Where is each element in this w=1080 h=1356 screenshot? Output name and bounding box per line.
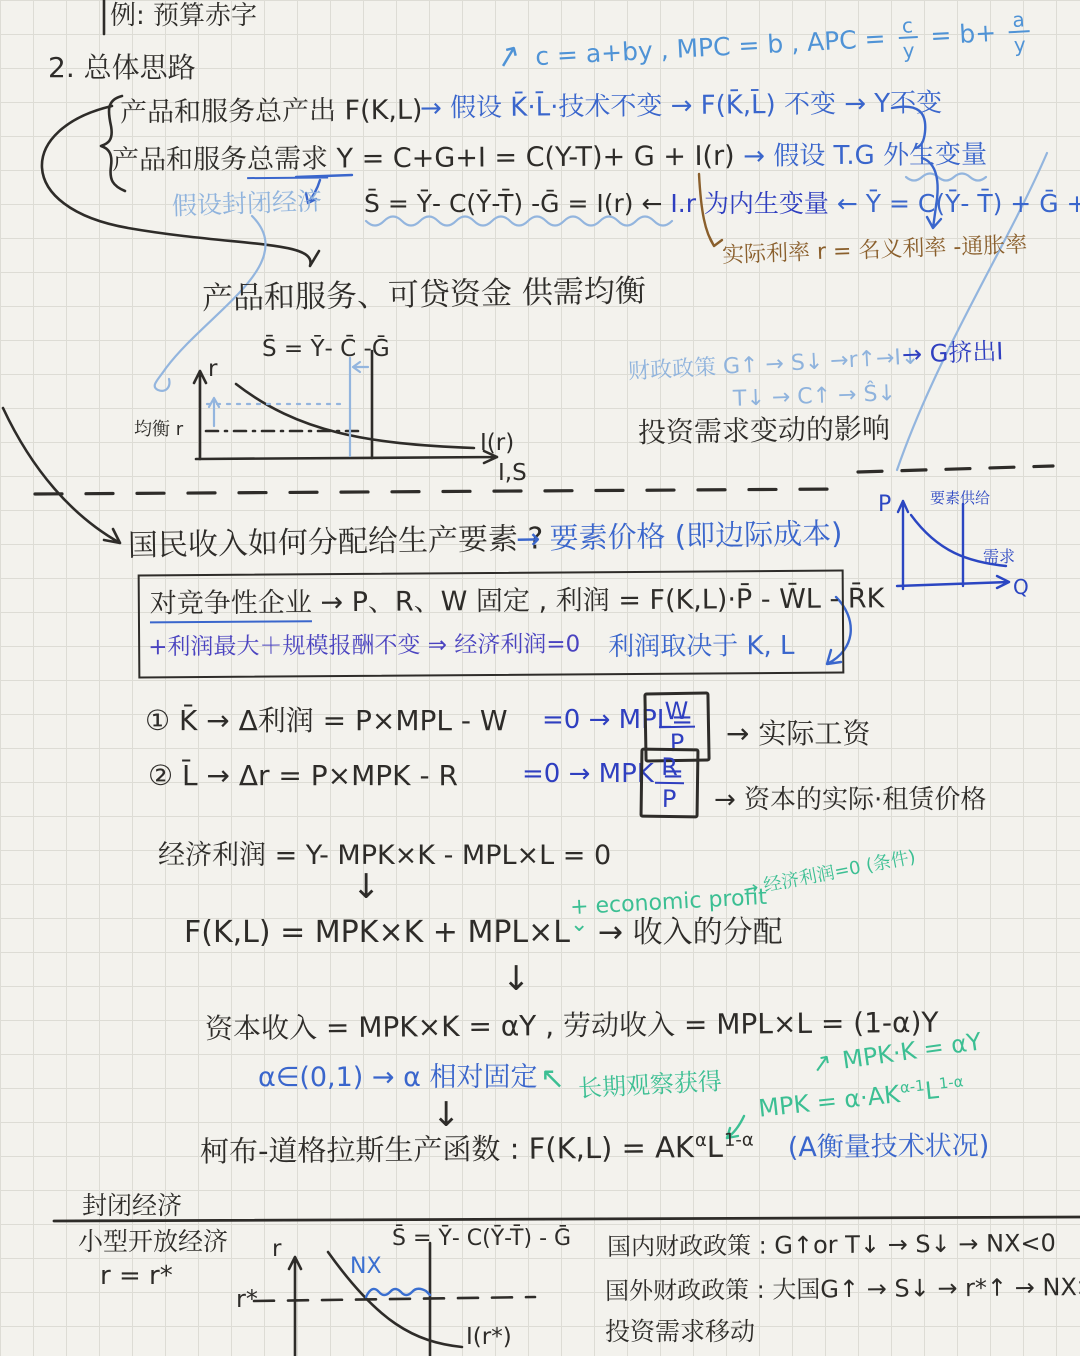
- graph3-saving-label: S̄ = Ȳ- C(Ȳ-T̄) - Ḡ: [392, 1226, 571, 1251]
- nx-brace: [366, 1289, 430, 1297]
- graph1-investment-label: I(r): [480, 430, 514, 456]
- graph1-investment-curve: [236, 384, 474, 448]
- fraction-p2: P: [662, 784, 677, 811]
- saving-identity: S̄ = Ȳ- C(Ȳ-T̄) -Ḡ = I(r) ←: [364, 189, 662, 218]
- investment-demand-note: 投资需求变动的影响: [638, 413, 891, 450]
- closed-economy-label: 封闭经济: [82, 1192, 182, 1221]
- closed-economy-note: 假设封闭经济: [172, 187, 323, 221]
- graph2-q-axis: [897, 576, 1009, 588]
- flow2-assumption: → 假设 T.G 外生变量: [743, 140, 987, 172]
- firm-box-line1: 对竞争性企业 → P、R、W 固定 , 利润 = F(K,L)·P̄ - W̄L…: [150, 583, 885, 619]
- mpk-equation: ② L̄ → Δr = P×MPK - R: [148, 760, 458, 792]
- dashed-separator-right: [858, 466, 1053, 472]
- endogenous-note: I.r 为内生变量: [662, 189, 836, 218]
- apc-formula-pre: APC =: [806, 25, 886, 58]
- graph1-saving-label: S̄ = Ȳ- C̄ -Ḡ: [262, 336, 390, 362]
- flow2-demand-line: 产品和服务总需求 Y = C+G+I = C(Y-T)+ G + I(r) → …: [112, 139, 987, 177]
- investment-shift-note: 投资需求移动: [605, 1318, 755, 1347]
- r-equals-rstar: r = r*: [100, 1262, 173, 1292]
- graph3-nx-label: NX: [350, 1254, 382, 1279]
- competitive-firm-box: 对竞争性企业 → P、R、W 固定 , 利润 = F(K,L)·P̄ - W̄L…: [138, 570, 845, 679]
- section-rule: [54, 1217, 1080, 1221]
- top-note: 例: 预算赤字: [110, 2, 257, 32]
- income-split-line: 资本收入 = MPK×K = αY , 劳动收入 = MPL×L = (1-α)…: [205, 1007, 939, 1046]
- graph1-up-arrow: [209, 398, 219, 426]
- check-icon: ⌄: [570, 912, 588, 937]
- graph2-supply-label: 要素供给: [930, 490, 990, 507]
- apc-fraction-2: a y: [1008, 9, 1031, 55]
- graph1-x-axis-label: I,S: [498, 460, 527, 486]
- income-distribution-label: → 收入的分配: [588, 915, 782, 950]
- economic-profit-equation: 经济利润 = Y- MPK×K - MPL×L = 0: [158, 840, 611, 871]
- factor-price-answer: → 要素价格 (即边际成本): [516, 517, 843, 556]
- graph2-p-label: P: [878, 492, 891, 517]
- arrow-up-left-icon: ↖: [540, 1062, 565, 1097]
- flow1-output: 产品和服务总产出 F(K,L): [120, 95, 423, 129]
- crowding-out-note: → G挤出I: [902, 338, 1004, 369]
- graph2-q-label: Q: [1013, 576, 1029, 599]
- mpc-formula: MPC = b ,: [676, 29, 800, 64]
- graph2-demand-label: 需求: [983, 548, 1015, 566]
- mpl-equation: ① K̄ → Δ利润 = P×MPL - W: [145, 705, 508, 737]
- apc-formula-mid: = b+: [930, 19, 997, 51]
- graph1-r-axis-label: r: [208, 356, 217, 382]
- down-arrow-icon-3: ↓: [432, 1096, 461, 1135]
- cobb-douglas-formula: 柯布-道格拉斯生产函数 : F(K,L) = AK: [200, 1130, 694, 1168]
- cobb-douglas-line: 柯布-道格拉斯生产函数 : F(K,L) = AKαL1-α(A衡量技术状况): [200, 1129, 990, 1169]
- profit-depends-note: 利润取决于 K, L: [608, 632, 795, 663]
- graph1-x-axis: [196, 451, 497, 463]
- graph3-rstar-label: r*: [236, 1286, 258, 1314]
- flow2-equation: Y = C+G+I = C(Y-T)+ G + I(r): [328, 141, 743, 175]
- graph2-p-axis: [898, 501, 908, 589]
- flow1-assumption: → 假设 K̄·L̄·技术不变 → F(K̄,L̄) 不变 → Y不变: [420, 89, 942, 124]
- down-arrow-icon: ↓: [352, 868, 381, 907]
- dashed-separator-left: [35, 489, 843, 494]
- open-economy-label: 小型开放经济: [78, 1228, 228, 1257]
- graph3-r-label: r: [272, 1236, 281, 1262]
- apc-fraction-1: c y: [897, 15, 918, 61]
- graph1-y-axis: [194, 371, 206, 459]
- saving-identity-line: S̄ = Ȳ- C(Ȳ-T̄) -Ḡ = I(r) ← I.r 为内生变量 ← …: [364, 190, 1080, 219]
- notebook-page: 例: 预算赤字 2. 总体思路 ↗ c = a+by , MPC = b , A…: [0, 0, 1080, 1356]
- technology-note: (A衡量技术状况): [788, 1131, 990, 1164]
- income-distribution-question: 国民收入如何分配给生产要素 ?: [128, 522, 544, 564]
- firm-box-line2: +利润最大＋规模报酬不变 ⇒ 经济利润=0: [148, 631, 580, 660]
- fraction-r: R: [655, 755, 684, 784]
- competitive-firm-label: 对竞争性企业: [150, 587, 312, 623]
- domestic-fiscal-note: 国内财政政策 : G↑or T↓ → S↓ → NX<0: [607, 1230, 1056, 1262]
- connector-to-heading: [42, 106, 319, 266]
- wavy-underline-exogenous: [906, 174, 986, 181]
- real-wage-label: → 实际工资: [726, 718, 870, 750]
- connector-to-question: [3, 408, 120, 543]
- rental-price-fraction-box: R P: [640, 748, 700, 819]
- firm-profit-formula: → P、R、W 固定 , 利润 = F(K,L)·P̄ - W̄L - R̄K: [312, 583, 885, 618]
- fraction-w: W: [659, 699, 695, 729]
- income-identity: ← Ȳ = C(Ȳ- T̄) + Ḡ +I(r): [837, 189, 1080, 218]
- graph1-equilibrium-label: 均衡 r: [134, 420, 183, 441]
- consumption-f1: c = a+by ,: [535, 36, 670, 72]
- foreign-fiscal-note: 国外财政政策 : 大国G↑ → S↓ → r*↑ → NX>0: [605, 1274, 1080, 1306]
- flow2-pre: 产品和服务: [112, 144, 247, 176]
- down-arrow-icon-2: ↓: [502, 960, 531, 999]
- page-title: 2. 总体思路: [48, 52, 196, 84]
- distribution-formula: F(K,L) = MPK×K + MPL×L: [184, 915, 570, 950]
- flow2-demand: 总需求: [247, 144, 328, 180]
- graph1-left-arrow: [353, 362, 368, 372]
- alpha-fixed-note: α∈(0,1) → α 相对固定: [258, 1062, 538, 1093]
- graph3-investment-label: I(r*): [466, 1324, 512, 1350]
- rental-price-label: → 资本的实际·租赁价格: [714, 786, 986, 816]
- graph3-y-axis: [289, 1257, 301, 1356]
- distribution-identity: F(K,L) = MPK×K + MPL×L⌄ → 收入的分配: [184, 912, 783, 951]
